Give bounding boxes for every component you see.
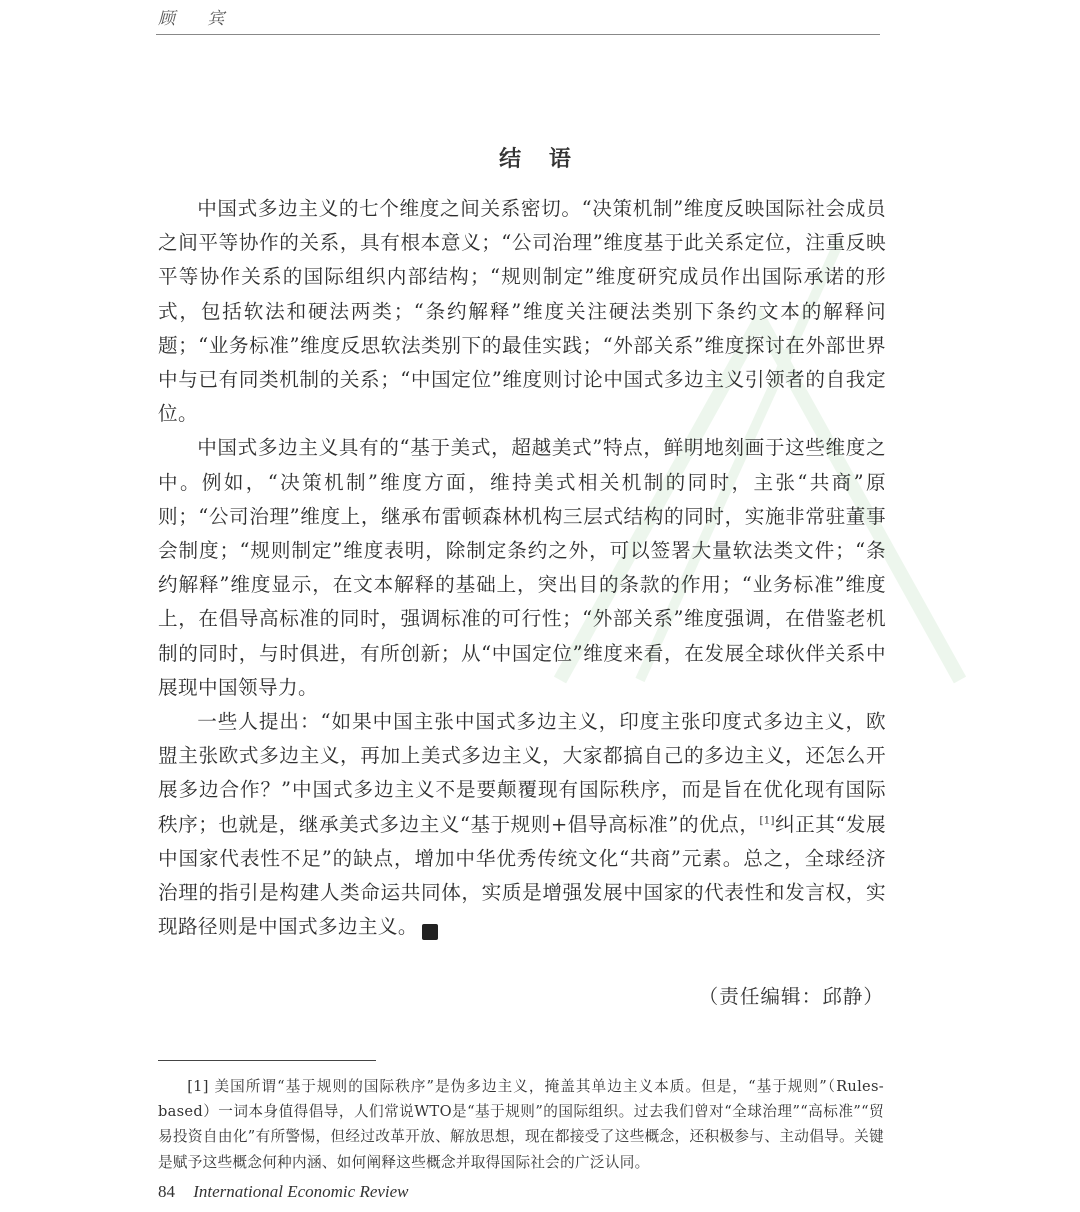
end-of-article-icon: IIR [422,924,438,940]
header-divider [156,34,880,35]
body-text: 中国式多边主义的七个维度之间关系密切。“决策机制”维度反映国际社会成员之间平等协… [158,192,886,944]
footnotes: [1] 美国所谓“基于规则的国际秩序”是伪多边主义，掩盖其单边主义本质。但是，“… [158,1074,884,1175]
footnote-1: [1] 美国所谓“基于规则的国际秩序”是伪多边主义，掩盖其单边主义本质。但是，“… [158,1074,884,1175]
page-footer: 84 International Economic Review [158,1182,409,1202]
footnote-divider [158,1060,376,1061]
footnote-reference-link[interactable]: [1] [759,815,774,826]
editor-credit: （责任编辑：邱静） [699,980,884,1009]
paragraph-3: 一些人提出：“如果中国主张中国式多边主义，印度主张印度式多边主义，欧盟主张欧式多… [158,705,886,944]
footnote-text: 美国所谓“基于规则的国际秩序”是伪多边主义，掩盖其单边主义本质。但是，“基于规则… [158,1078,884,1171]
paragraph-1: 中国式多边主义的七个维度之间关系密切。“决策机制”维度反映国际社会成员之间平等协… [158,192,886,431]
running-head-author: 顾 宾 [158,4,238,29]
paragraph-2: 中国式多边主义具有的“基于美式，超越美式”特点，鲜明地刻画于这些维度之中。例如，… [158,431,886,705]
journal-name: International Economic Review [193,1182,408,1201]
page-number: 84 [158,1182,175,1201]
section-title: 结 语 [0,142,1080,173]
footnote-marker: [1] [187,1078,209,1095]
